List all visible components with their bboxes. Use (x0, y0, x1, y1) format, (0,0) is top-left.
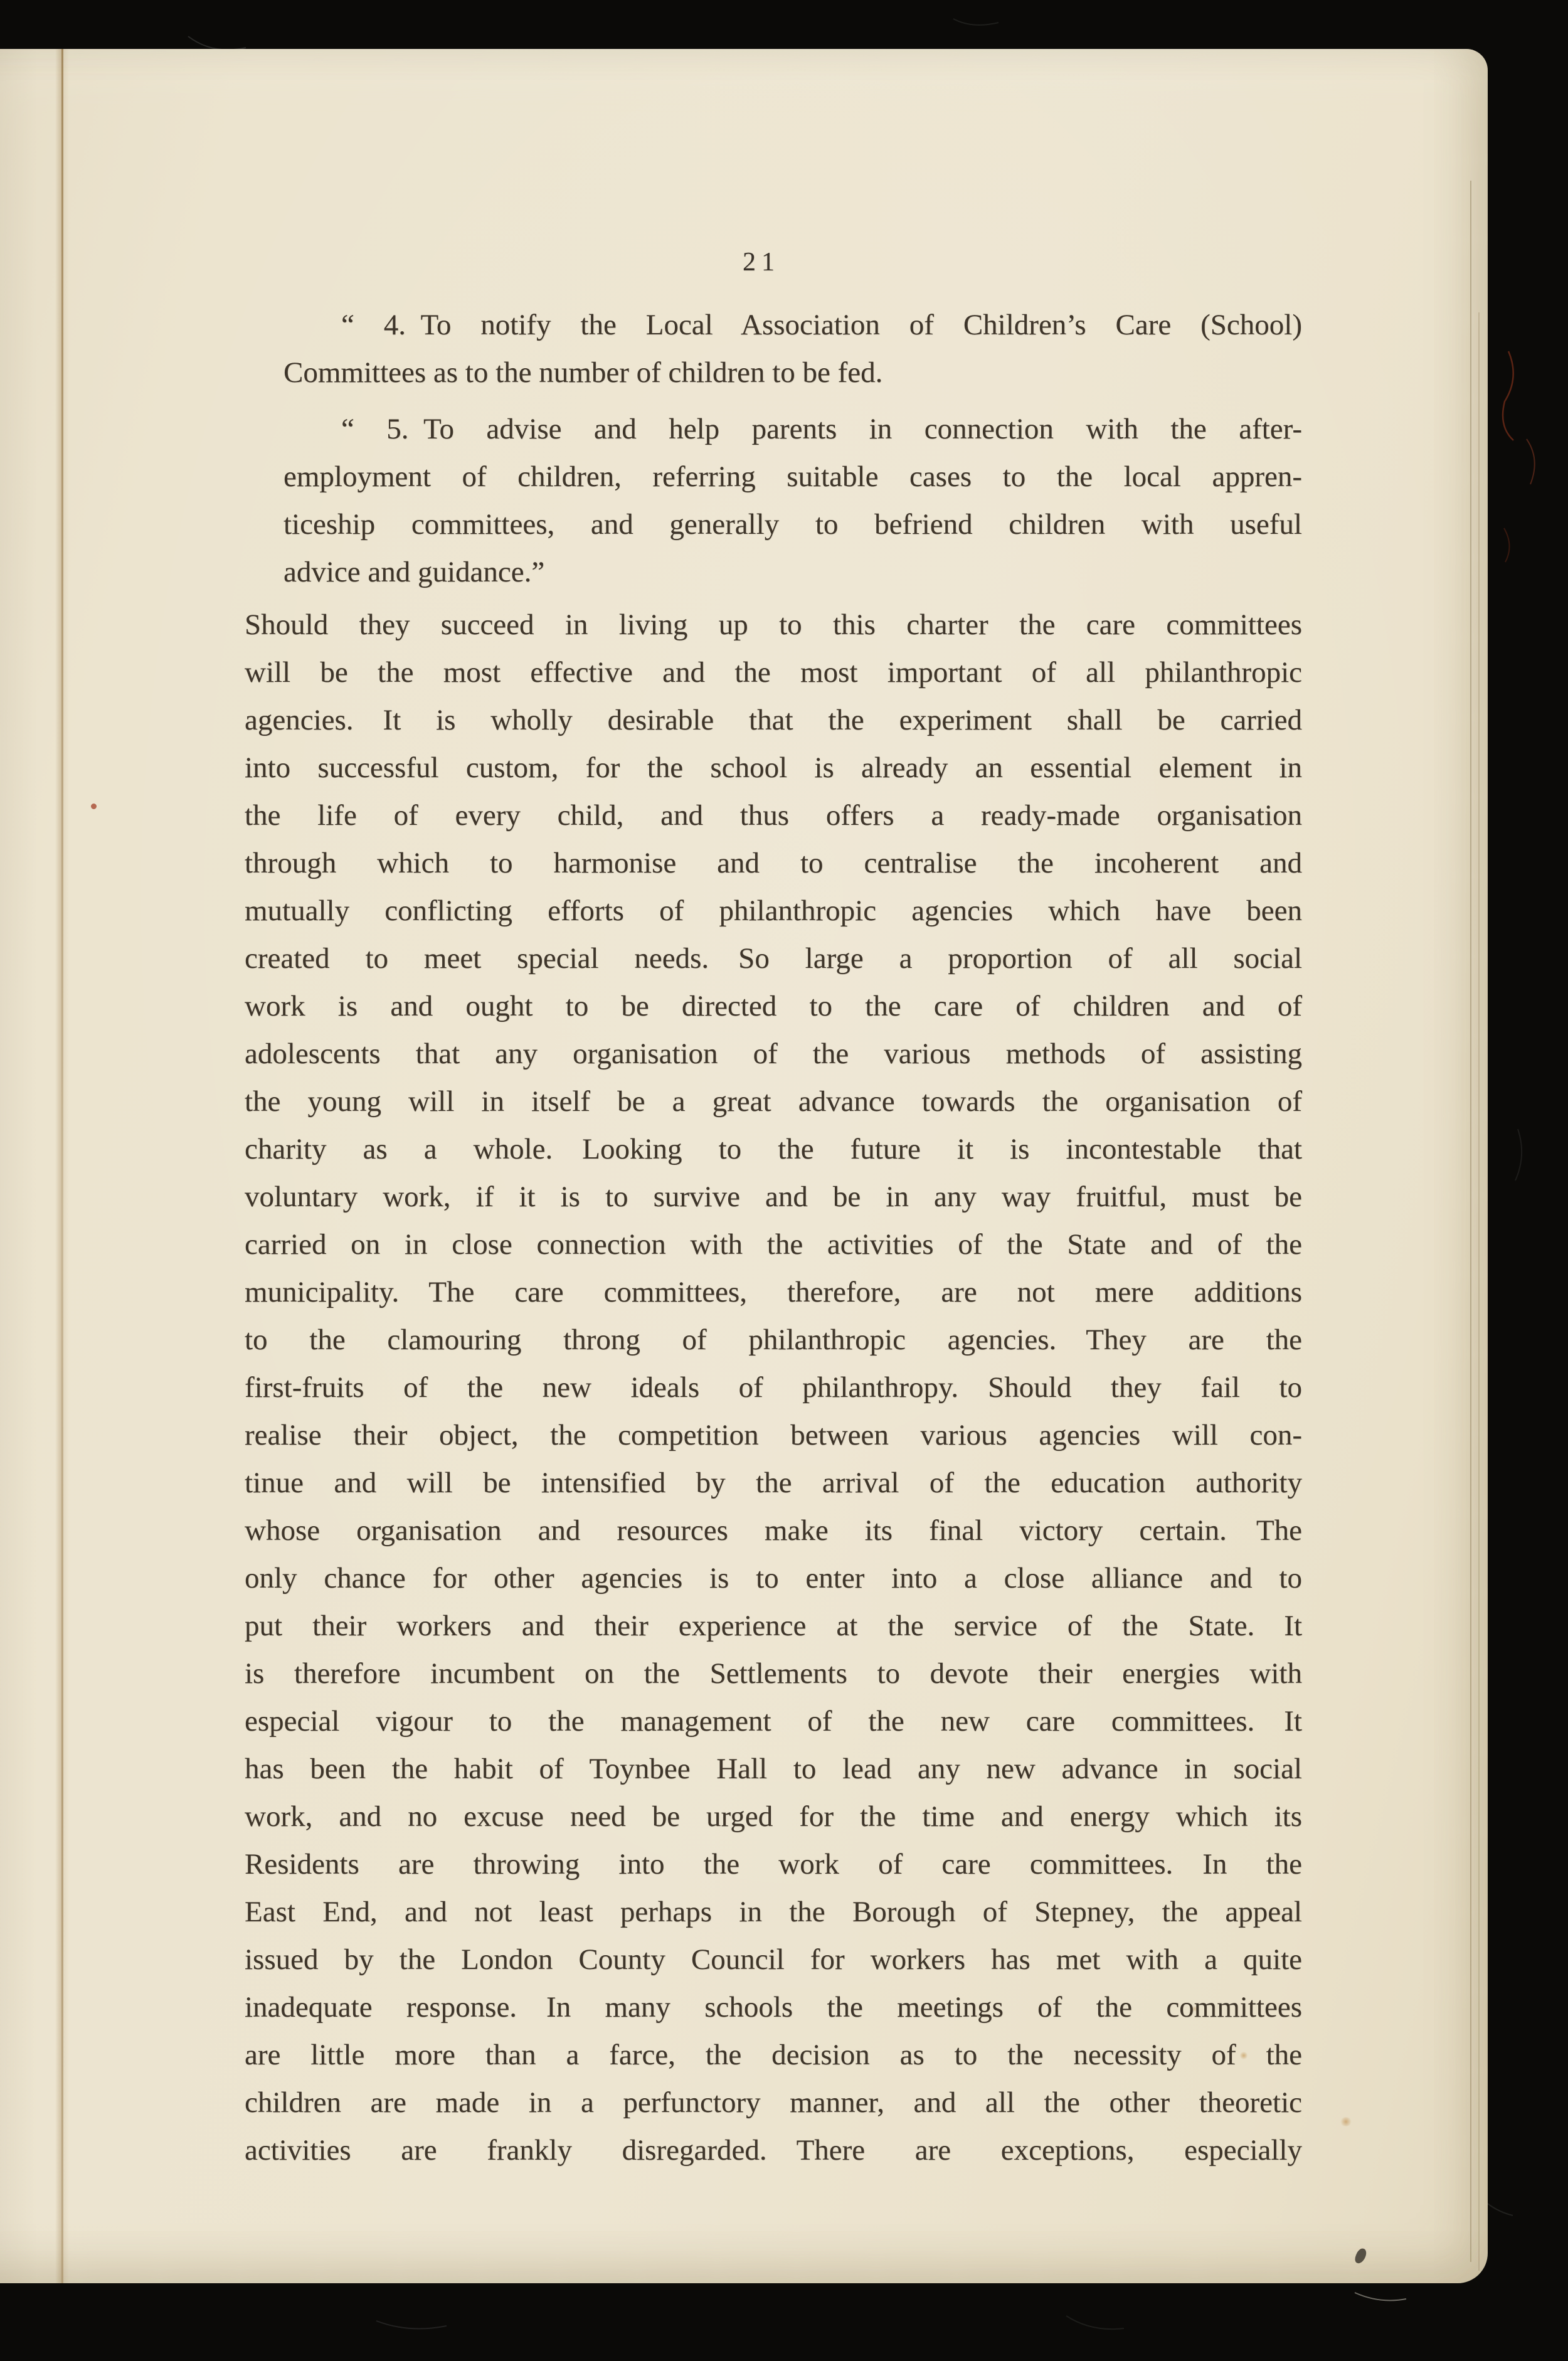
fiber-artifact (953, 19, 999, 25)
text-line: municipality. The care committees, there… (245, 1268, 1302, 1316)
text-line: voluntary work, if it is to survive and … (245, 1173, 1302, 1221)
text-line: has been the habit of Toynbee Hall to le… (245, 1745, 1302, 1793)
red-dot-artifact (91, 804, 97, 809)
gutter-crease-artifact (61, 49, 63, 2283)
text-line: agencies. It is wholly desirable that th… (245, 696, 1302, 744)
text-line: work is and ought to be directed to the … (245, 982, 1302, 1030)
text-line: tinue and will be intensified by the arr… (245, 1459, 1302, 1507)
text-line: work, and no excuse need be urged for th… (245, 1793, 1302, 1840)
text-line: are little more than a farce, the decisi… (245, 2031, 1302, 2079)
text-line: “ 5. To advise and help parents in conne… (283, 405, 1302, 453)
page-number: 21 (743, 247, 780, 277)
text-line: is therefore incumbent on the Settlement… (245, 1650, 1302, 1697)
text-line: carried on in close connection with the … (245, 1221, 1302, 1268)
book-page: 21 “ 4. To notify the Local Association … (0, 49, 1488, 2283)
fiber-artifact (1355, 2293, 1406, 2300)
text-line: East End, and not least perhaps in the B… (245, 1888, 1302, 1936)
text-line: into successful custom, for the school i… (245, 744, 1302, 792)
text-line: ticeship committees, and generally to be… (283, 501, 1302, 548)
text-line: advice and guidance.” (283, 548, 1302, 596)
text-line: put their workers and their experience a… (245, 1602, 1302, 1650)
text-line: “ 4. To notify the Local Association of … (283, 301, 1302, 349)
text-line: created to meet special needs. So large … (245, 935, 1302, 982)
page-text-block: “ 4. To notify the Local Association of … (245, 301, 1302, 2174)
text-line: Committees as to the number of children … (283, 349, 1302, 396)
text-line: will be the most effective and the most … (245, 649, 1302, 696)
text-line: inadequate response. In many schools the… (245, 1983, 1302, 2031)
fiber-artifact (1515, 1129, 1522, 1180)
fiber-artifact (376, 2321, 447, 2329)
text-line: through which to harmonise and to centra… (245, 839, 1302, 887)
text-line: the life of every child, and thus offers… (245, 792, 1302, 839)
gutter-shadow (0, 49, 63, 2283)
text-line: realise their object, the competition be… (245, 1411, 1302, 1459)
scan-canvas: 21 “ 4. To notify the Local Association … (0, 0, 1568, 2361)
text-line: Should they succeed in living up to this… (245, 601, 1302, 649)
text-line: whose organisation and resources make it… (245, 1507, 1302, 1554)
fiber-artifact (1527, 439, 1535, 484)
ink-speck-artifact (1353, 2247, 1368, 2265)
foxing-spot-artifact (1340, 2117, 1352, 2126)
text-line: adolescents that any organisation of the… (245, 1030, 1302, 1078)
fiber-artifact (1503, 351, 1513, 440)
fiber-artifact (188, 36, 246, 50)
underpage-edge-line (1478, 312, 1480, 2271)
text-line: first-fruits of the new ideals of philan… (245, 1364, 1302, 1411)
fiber-artifact (1066, 2316, 1124, 2329)
fiber-artifact (1504, 528, 1510, 562)
text-line: only chance for other agencies is to ent… (245, 1554, 1302, 1602)
text-line: activities are frankly disregarded. Ther… (245, 2126, 1302, 2174)
text-line: the young will in itself be a great adva… (245, 1078, 1302, 1125)
text-line: charity as a whole. Looking to the futur… (245, 1125, 1302, 1173)
underpage-edge-line (1470, 181, 1471, 2262)
text-line: especial vigour to the management of the… (245, 1697, 1302, 1745)
text-line: to the clamouring throng of philanthropi… (245, 1316, 1302, 1364)
text-line: children are made in a perfunctory manne… (245, 2079, 1302, 2126)
text-line: mutually conflicting efforts of philanth… (245, 887, 1302, 935)
text-line: Residents are throwing into the work of … (245, 1840, 1302, 1888)
text-line: issued by the London County Council for … (245, 1936, 1302, 1983)
text-line: employment of children, referring suitab… (283, 453, 1302, 501)
